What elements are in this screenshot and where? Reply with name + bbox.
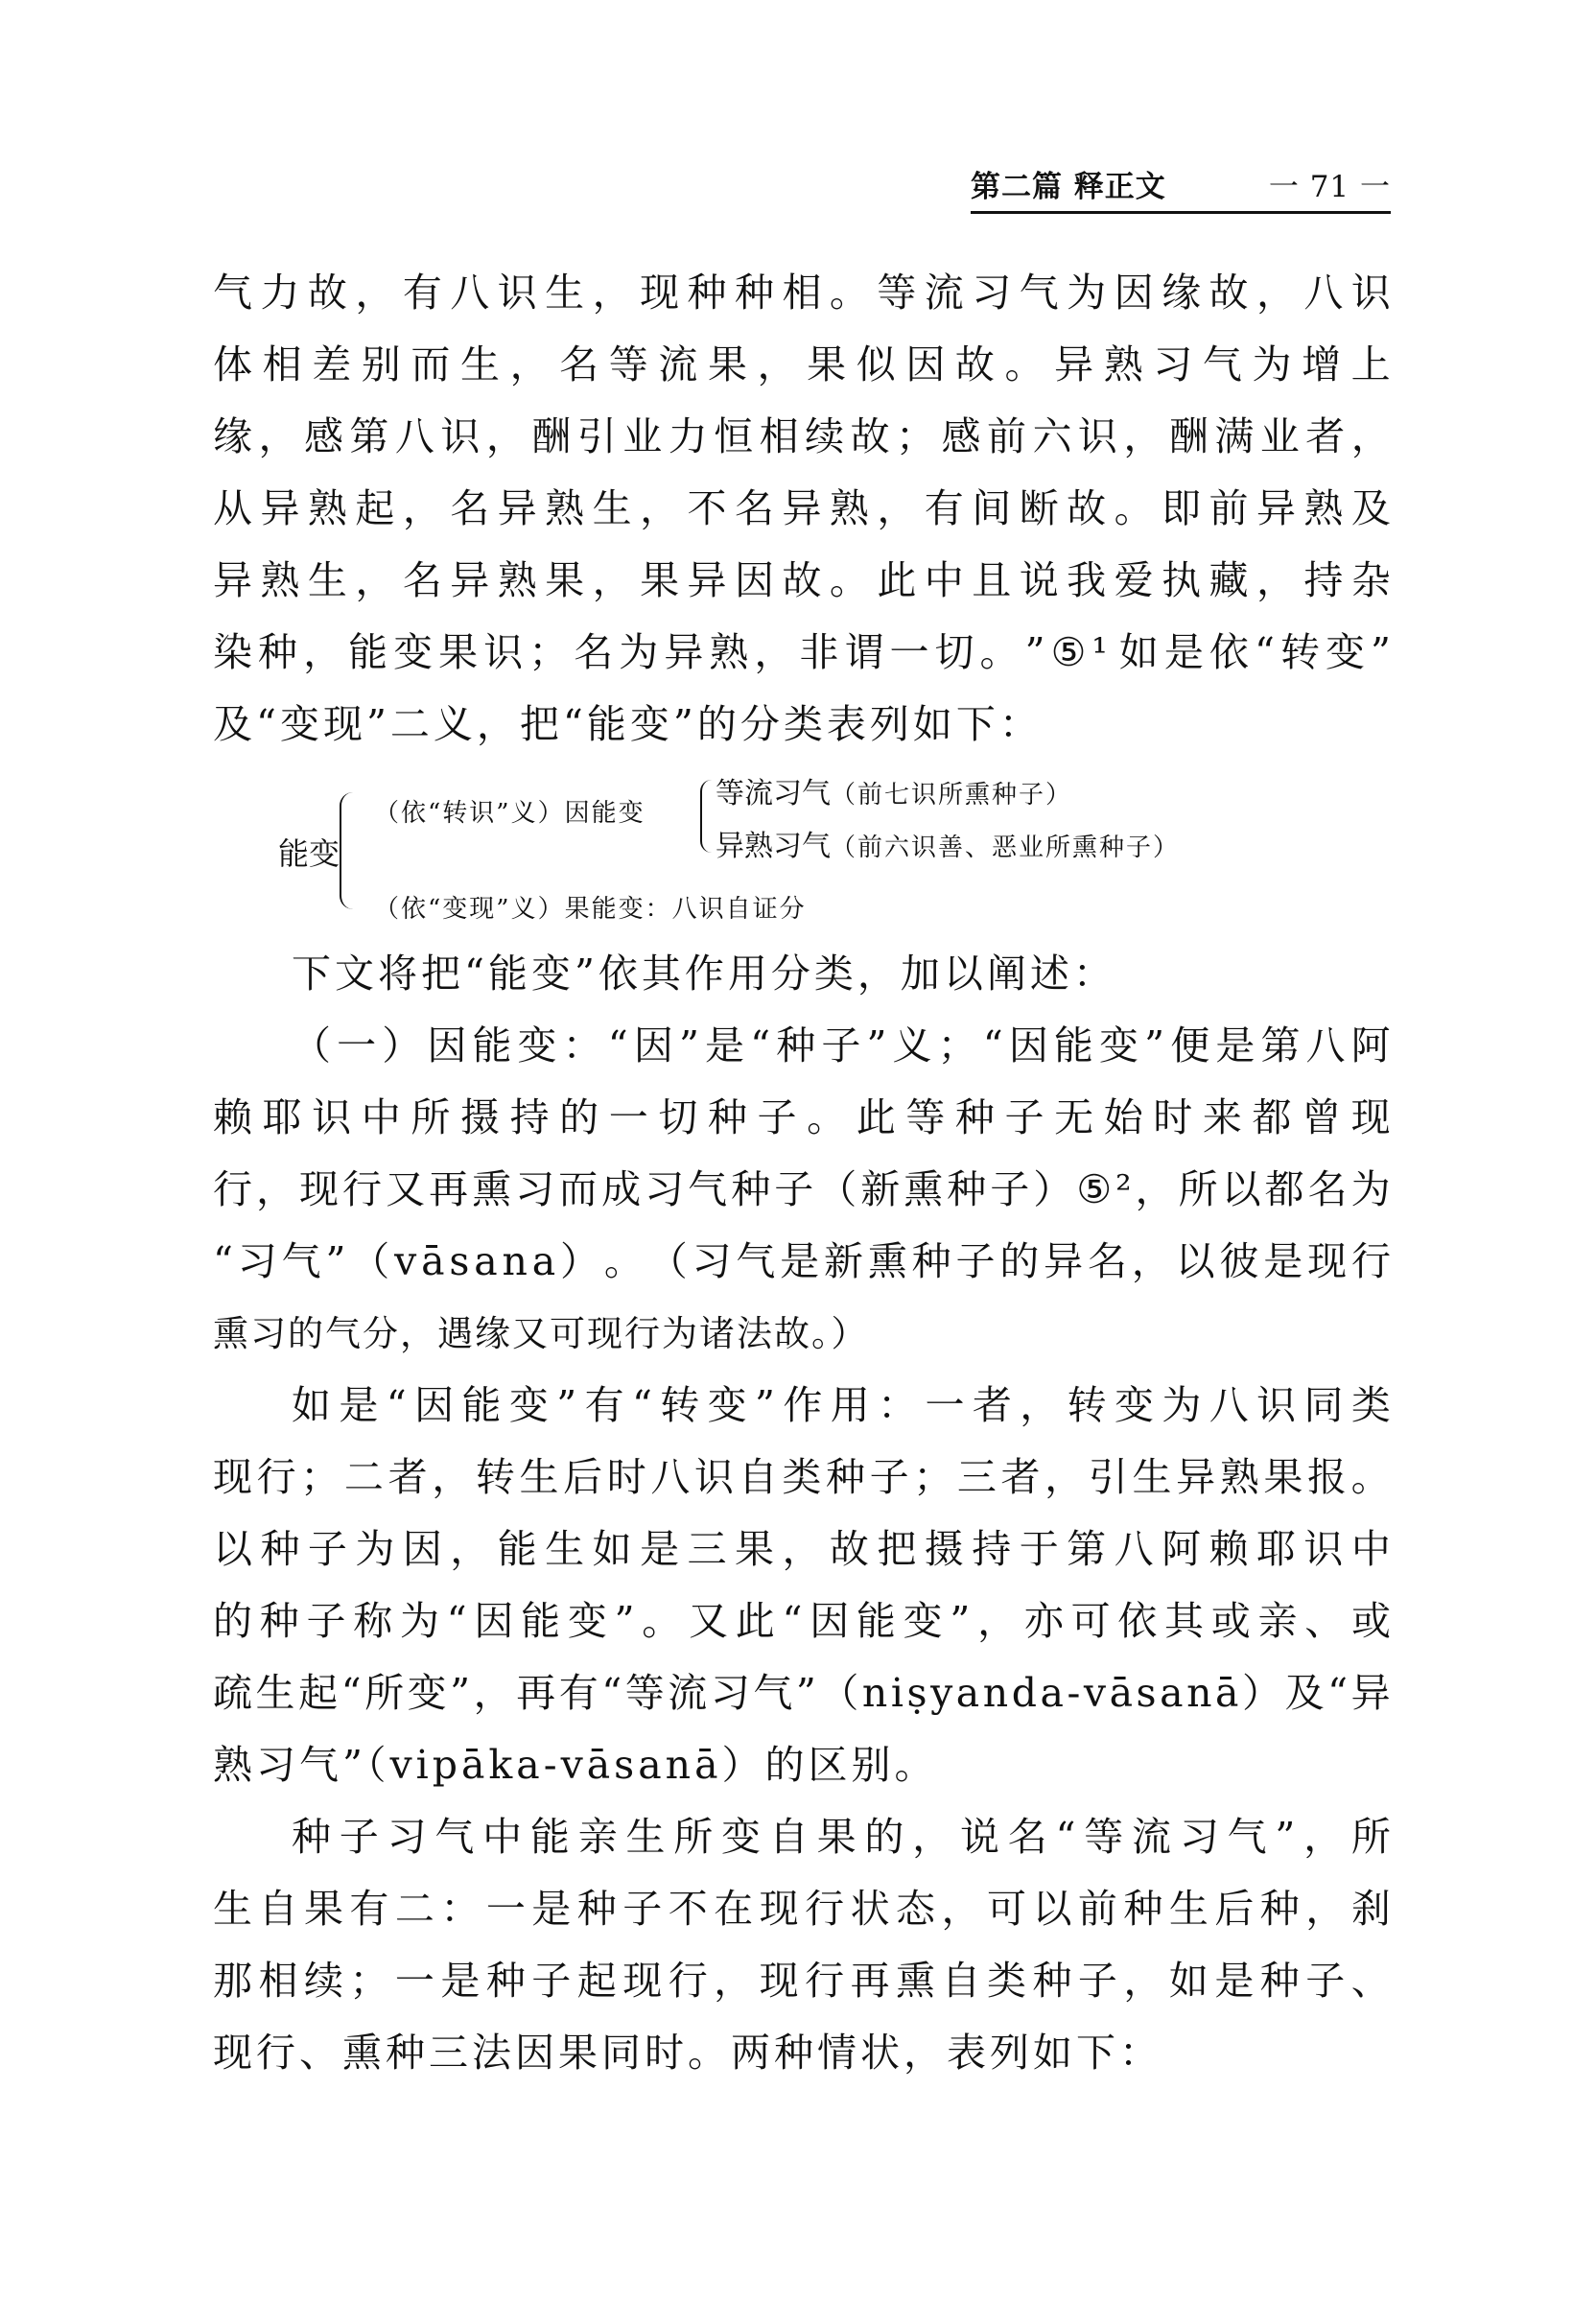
text-line: 赖耶识中所摄持的一切种子。此等种子无始时来都曾现 [213,1082,1391,1154]
text-line: （一）因能变：“因”是“种子”义；“因能变”便是第八阿 [213,1010,1391,1082]
text-line: 种子习气中能亲生所变自果的，说名“等流习气”，所 [213,1801,1391,1873]
diagram-leaf-yishu: 异熟习气（前六识善、恶业所熏种子） [716,828,1180,867]
leaf-note: （前七识所熏种子） [831,781,1072,810]
text-line: 体相差别而生，名等流果，果似因故。异熟习气为增上 [213,329,1391,401]
text-line: “习气”（vāsana）。（习气是新熏种子的异名，以彼是现行 [213,1226,1391,1298]
text-line: 生自果有二：一是种子不在现行状态，可以前种生后种，刹 [213,1873,1391,1945]
text-line: 那相续；一是种子起现行，现行再熏自类种子，如是种子、 [213,1945,1391,2017]
diagram-root: 能变 [278,834,340,873]
leaf-note: （前六识善、恶业所熏种子） [831,834,1180,862]
text-line: 如是“因能变”有“转变”作用：一者，转变为八识同类 [213,1370,1391,1442]
diagram-branch-cause: （依“转识”义）因能变 [374,794,645,833]
text-line: 染种，能变果识；名为异熟，非谓一切。”⑤¹ 如是依“转变” [213,617,1391,689]
text-line: 下文将把“能变”依其作用分类，加以阐述： [213,938,1391,1010]
leaf-main: 等流习气 [716,777,831,810]
classification-diagram: 能变 （依“转识”义）因能变 等流习气（前七识所熏种子） 异熟习气（前六识善、恶… [278,775,1333,928]
text-line: 的种子称为“因能变”。又此“因能变”，亦可依其或亲、或 [213,1585,1391,1657]
text-line: 异熟生，名异熟果，果异因故。此中且说我爱执藏，持杂 [213,545,1391,617]
text-line: 现行、熏种三法因果同时。两种情状，表列如下： [213,2017,1391,2089]
leaf-main: 异熟习气 [716,830,831,863]
diagram-leaf-dengliu: 等流习气（前七识所熏种子） [716,775,1072,814]
text-line: 熏习的气分，遇缘又可现行为诸法故。） [213,1298,1391,1370]
diagram-branch-effect: （依“变现”义）果能变：八识自证分 [374,890,807,928]
text-line: 现行；二者，转生后时八识自类种子；三者，引生异熟果报。 [213,1442,1391,1514]
brace-icon [700,780,714,853]
text-line: 行，现行又再熏习而成习气种子（新熏种子）⑤²，所以都名为 [213,1154,1391,1226]
text-line: 及“变现”二义，把“能变”的分类表列如下： [213,689,1391,761]
text-line: 缘，感第八识，酬引业力恒相续故；感前六识，酬满业者， [213,401,1391,473]
text-line: 气力故，有八识生，现种种相。等流习气为因缘故，八识 [213,257,1391,329]
text-line: 以种子为因，能生如是三果，故把摄持于第八阿赖耶识中 [213,1514,1391,1585]
page-number: 一 71 一 [1269,169,1391,211]
running-header: 第二篇 释正文 一 71 一 [971,169,1391,214]
chapter-title: 第二篇 释正文 [971,169,1166,211]
brace-icon [340,792,355,909]
body-text: 气力故，有八识生，现种种相。等流习气为因缘故，八识 体相差别而生，名等流果，果似… [213,257,1391,2089]
text-line: 熟习气”（vipāka-vāsanā）的区别。 [213,1729,1391,1801]
text-line: 疏生起“所变”，再有“等流习气”（niṣyanda-vāsanā）及“异 [213,1657,1391,1729]
text-line: 从异熟起，名异熟生，不名异熟，有间断故。即前异熟及 [213,473,1391,545]
